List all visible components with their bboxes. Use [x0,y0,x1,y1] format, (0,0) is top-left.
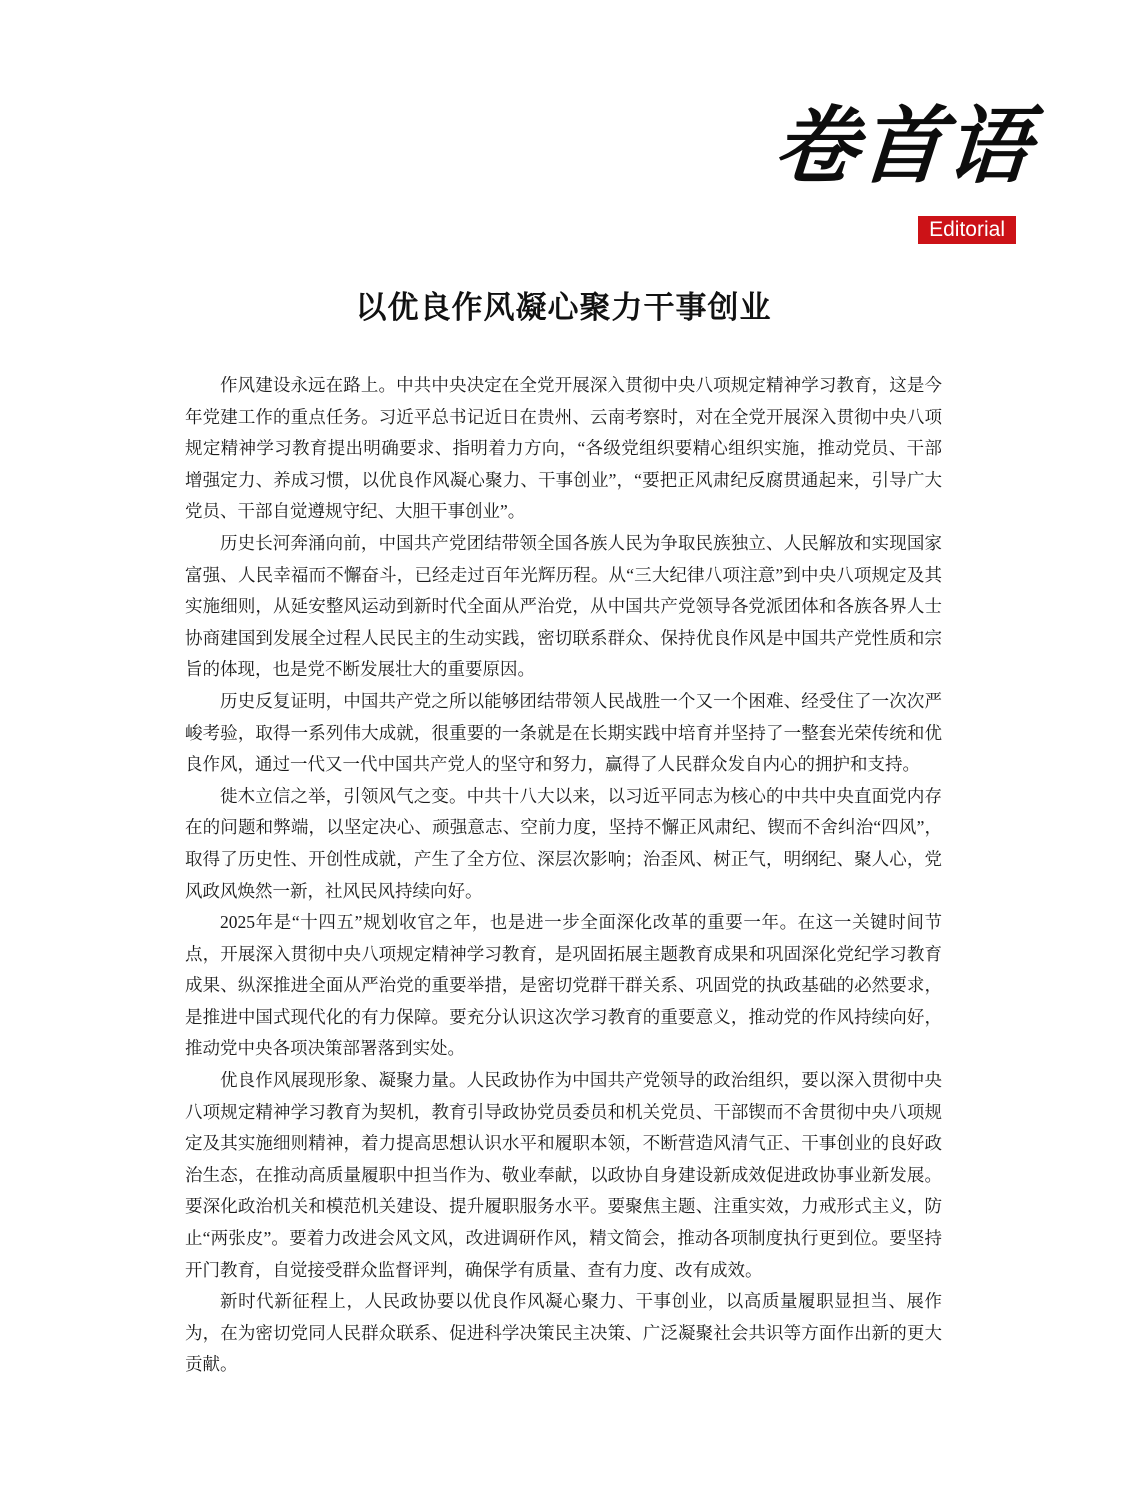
paragraph-6: 优良作风展现形象、凝聚力量。人民政协作为中国共产党领导的政治组织，要以深入贯彻中… [185,1065,942,1286]
masthead: 卷首语 Editorial [774,100,1032,244]
calligraphy-logo: 卷首语 [771,100,1035,192]
article-body: 作风建设永远在路上。中共中央决定在全党开展深入贯彻中央八项规定精神学习教育，这是… [185,370,942,1381]
editorial-page: 卷首语 Editorial 以优良作风凝心聚力干事创业 作风建设永远在路上。中共… [0,0,1122,1506]
paragraph-3: 历史反复证明，中国共产党之所以能够团结带领人民战胜一个又一个困难、经受住了一次次… [185,686,942,781]
article: 以优良作风凝心聚力干事创业 作风建设永远在路上。中共中央决定在全党开展深入贯彻中… [185,290,942,1381]
paragraph-1: 作风建设永远在路上。中共中央决定在全党开展深入贯彻中央八项规定精神学习教育，这是… [185,370,942,528]
paragraph-5: 2025年是“十四五”规划收官之年，也是进一步全面深化改革的重要一年。在这一关键… [185,907,942,1065]
editorial-section-badge: Editorial [918,216,1016,244]
article-title: 以优良作风凝心聚力干事创业 [185,290,942,326]
paragraph-7: 新时代新征程上，人民政协要以优良作风凝心聚力、干事创业，以高质量履职显担当、展作… [185,1286,942,1381]
paragraph-4: 徙木立信之举，引领风气之变。中共十八大以来，以习近平同志为核心的中共中央直面党内… [185,781,942,907]
paragraph-2: 历史长河奔涌向前，中国共产党团结带领全国各族人民为争取民族独立、人民解放和实现国… [185,528,942,686]
